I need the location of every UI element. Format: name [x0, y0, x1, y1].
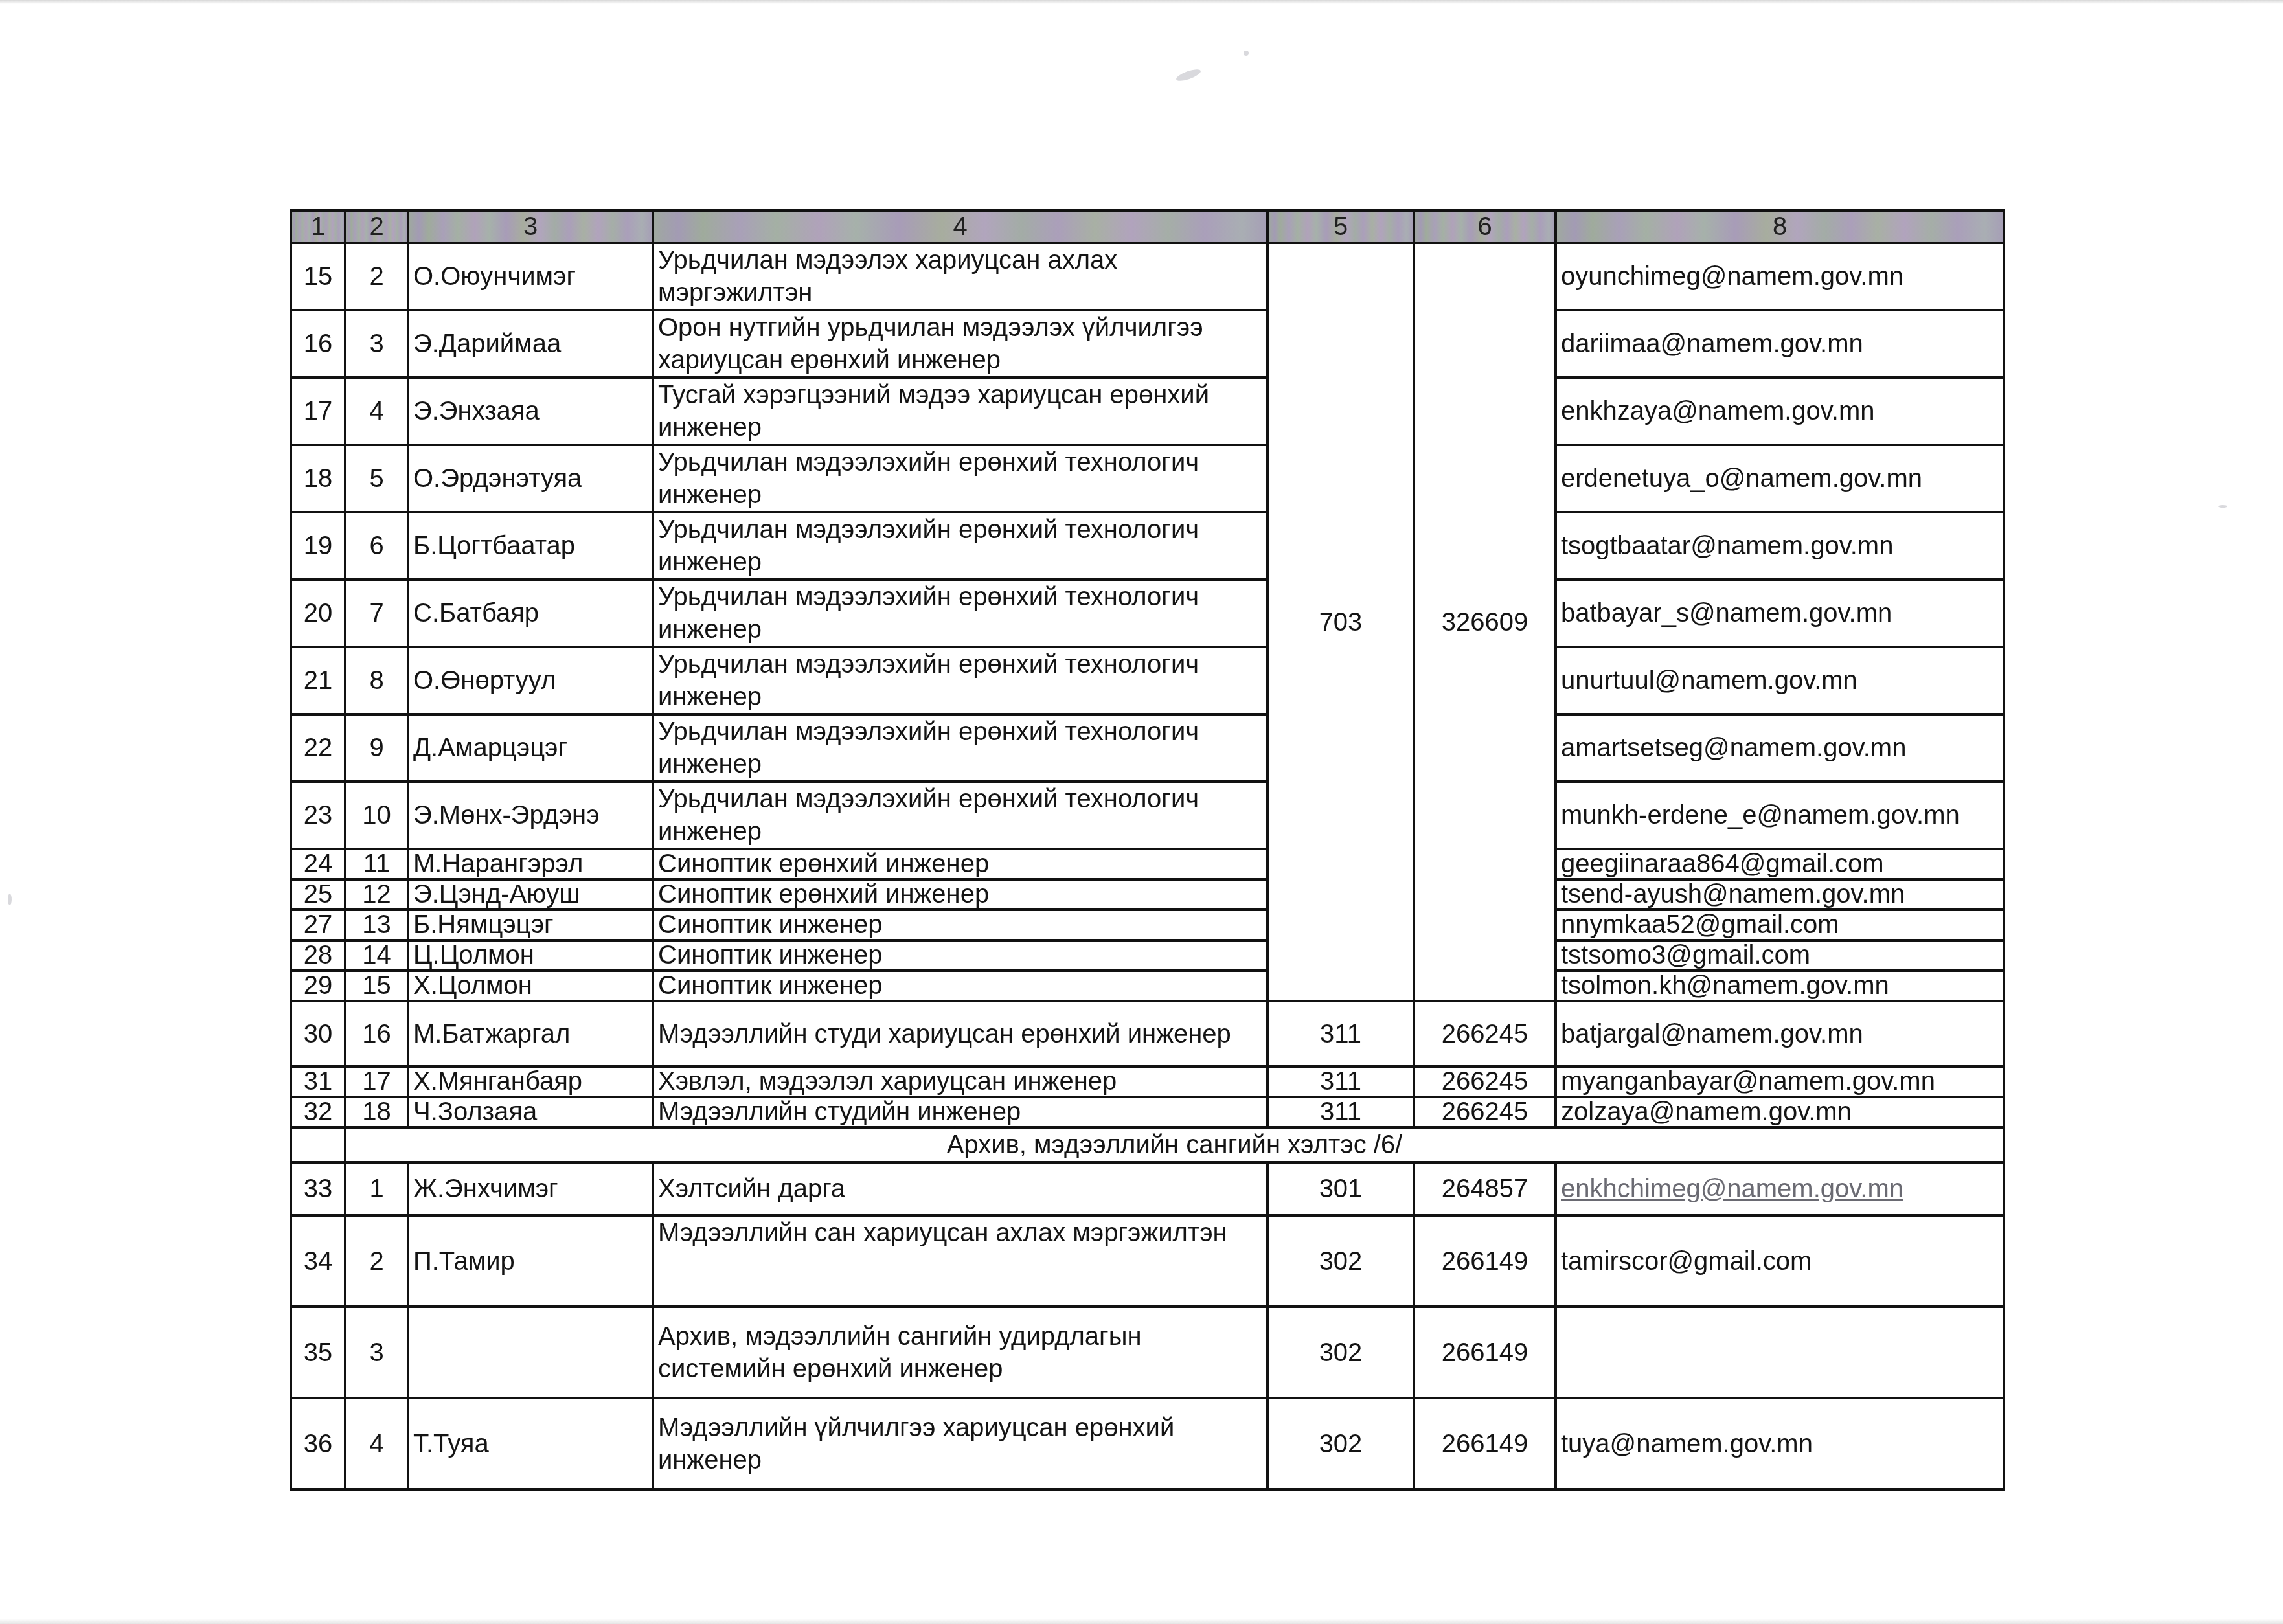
position-title: Синоптик инженер [653, 910, 1267, 940]
table-row: 2713Б.НямцэцэгСиноптик инженерnnymkaa52@… [291, 910, 2004, 940]
header-row: 1 2 3 4 5 6 8 [291, 210, 2004, 243]
position-title: Урьдчилан мэдээлэхийн ерөнхий технологич… [653, 714, 1267, 782]
employee-name: Б.Цогтбаатар [408, 512, 653, 580]
employee-name: О.Оюунчимэг [408, 243, 653, 310]
table-row: 2411М.НарангэрэлСиноптик ерөнхий инженер… [291, 849, 2004, 879]
sub-number: 10 [345, 782, 408, 849]
section-title: Архив, мэдээллийн сангийн хэлтэс /6/ [345, 1127, 2004, 1162]
email-address: erdenetuya_o@namem.gov.mn [1556, 445, 2004, 512]
email-address: tamirscor@gmail.com [1556, 1215, 2004, 1307]
employee-name: С.Батбаяр [408, 580, 653, 647]
sub-number: 4 [345, 378, 408, 445]
table-row: 3117Х.МянганбаярХэвлэл, мэдээлэл хариуцс… [291, 1066, 2004, 1097]
room-number: 311 [1267, 1097, 1414, 1127]
employee-name: Ч.Золзаяа [408, 1097, 653, 1127]
sub-number: 2 [345, 243, 408, 310]
sub-number: 6 [345, 512, 408, 580]
staff-directory-sheet: 1 2 3 4 5 6 8 152О.ОюунчимэгУрьдчилан мэ… [290, 209, 2003, 1491]
room-number: 302 [1267, 1215, 1414, 1307]
position-title: Синоптик ерөнхий инженер [653, 879, 1267, 910]
column-header: 6 [1414, 210, 1556, 243]
email-address: tstsomo3@gmail.com [1556, 940, 2004, 971]
email-address: tsogtbaatar@namem.gov.mn [1556, 512, 2004, 580]
position-title: Синоптик инженер [653, 971, 1267, 1001]
employee-name: Х.Мянганбаяр [408, 1066, 653, 1097]
table-row: 207С.БатбаярУрьдчилан мэдээлэхийн ерөнхи… [291, 580, 2004, 647]
email-address: amartsetseg@namem.gov.mn [1556, 714, 2004, 782]
position-title: Урьдчилан мэдээлэхийн ерөнхий технологич… [653, 445, 1267, 512]
scan-edge-top [0, 0, 2283, 4]
email-address: enkhzaya@namem.gov.mn [1556, 378, 2004, 445]
employee-name: М.Нарангэрэл [408, 849, 653, 879]
phone-number: 266245 [1414, 1001, 1556, 1066]
position-title: Урьдчилан мэдээлэхийн ерөнхий технологич… [653, 512, 1267, 580]
employee-name: П.Тамир [408, 1215, 653, 1307]
phone-number: 266149 [1414, 1307, 1556, 1398]
table-row: 2512Э.Цэнд-АюушСиноптик ерөнхий инженерt… [291, 879, 2004, 910]
sub-number: 2 [345, 1215, 408, 1307]
row-number: 30 [291, 1001, 345, 1066]
email-address: tsend-ayush@namem.gov.mn [1556, 879, 2004, 910]
table-row: 196Б.ЦогтбаатарУрьдчилан мэдээлэхийн ерө… [291, 512, 2004, 580]
row-number: 28 [291, 940, 345, 971]
employee-name: Д.Амарцэцэг [408, 714, 653, 782]
table-row: 331Ж.ЭнхчимэгХэлтсийн дарга301264857enkh… [291, 1162, 2004, 1215]
row-number: 32 [291, 1097, 345, 1127]
sub-number: 18 [345, 1097, 408, 1127]
column-header: 3 [408, 210, 653, 243]
room-number: 302 [1267, 1307, 1414, 1398]
scan-edge-bottom [0, 1619, 2283, 1624]
table-row: 364Т.ТуяаМэдээллийн үйлчилгээ хариуцсан … [291, 1398, 2004, 1489]
room-number-merged: 703 [1267, 243, 1414, 1001]
email-address: oyunchimeg@namem.gov.mn [1556, 243, 2004, 310]
employee-name: Т.Туяа [408, 1398, 653, 1489]
row-number: 18 [291, 445, 345, 512]
employee-name: Б.Нямцэцэг [408, 910, 653, 940]
email-address: tuya@namem.gov.mn [1556, 1398, 2004, 1489]
column-header: 2 [345, 210, 408, 243]
staff-table: 1 2 3 4 5 6 8 152О.ОюунчимэгУрьдчилан мэ… [290, 209, 2005, 1491]
row-number: 23 [291, 782, 345, 849]
employee-name: Х.Цолмон [408, 971, 653, 1001]
employee-name: О.Эрдэнэтуяа [408, 445, 653, 512]
email-cell: enkhchimeg@namem.gov.mn [1556, 1162, 2004, 1215]
position-title: Урьдчилан мэдээлэхийн ерөнхий технологич… [653, 580, 1267, 647]
position-title: Архив, мэдээллийн сангийн удирдлагын сис… [653, 1307, 1267, 1398]
sub-number: 11 [345, 849, 408, 879]
column-header: 1 [291, 210, 345, 243]
position-title: Мэдээллийн студийн инженер [653, 1097, 1267, 1127]
phone-number: 266245 [1414, 1066, 1556, 1097]
phone-number-merged: 326609 [1414, 243, 1556, 1001]
sub-number: 15 [345, 971, 408, 1001]
row-number: 15 [291, 243, 345, 310]
sub-number: 8 [345, 647, 408, 714]
column-header: 5 [1267, 210, 1414, 243]
position-title: Орон нутгийн урьдчилан мэдээлэх үйлчилгэ… [653, 310, 1267, 378]
table-row: 3016М.БатжаргалМэдээллийн студи хариуцса… [291, 1001, 2004, 1066]
section-header-row: Архив, мэдээллийн сангийн хэлтэс /6/ [291, 1127, 2004, 1162]
phone-number: 266149 [1414, 1215, 1556, 1307]
email-address: munkh-erdene_e@namem.gov.mn [1556, 782, 2004, 849]
employee-name: М.Батжаргал [408, 1001, 653, 1066]
sub-number: 13 [345, 910, 408, 940]
email-address: dariimaa@namem.gov.mn [1556, 310, 2004, 378]
scan-speck [2218, 505, 2227, 508]
row-number: 29 [291, 971, 345, 1001]
email-address: batbayar_s@namem.gov.mn [1556, 580, 2004, 647]
email-link[interactable]: enkhchimeg@namem.gov.mn [1561, 1175, 1903, 1203]
table-row: 174Э.ЭнхзаяаТусгай хэрэгцээний мэдээ хар… [291, 378, 2004, 445]
table-row: 342П.ТамирМэдээллийн сан хариуцсан ахлах… [291, 1215, 2004, 1307]
row-number: 16 [291, 310, 345, 378]
position-title: Урьдчилан мэдээлэхийн ерөнхий технологич… [653, 647, 1267, 714]
sub-number: 1 [345, 1162, 408, 1215]
row-number: 33 [291, 1162, 345, 1215]
employee-name: Ц.Цолмон [408, 940, 653, 971]
row-number: 24 [291, 849, 345, 879]
employee-name [408, 1307, 653, 1398]
phone-number: 266245 [1414, 1097, 1556, 1127]
email-address: nnymkaa52@gmail.com [1556, 910, 2004, 940]
position-title: Тусгай хэрэгцээний мэдээ хариуцсан ерөнх… [653, 378, 1267, 445]
sub-number: 7 [345, 580, 408, 647]
employee-name: Э.Дариймаа [408, 310, 653, 378]
sub-number: 3 [345, 310, 408, 378]
sub-number: 14 [345, 940, 408, 971]
row-number: 22 [291, 714, 345, 782]
row-number: 20 [291, 580, 345, 647]
table-row: 2310Э.Мөнх-ЭрдэнэУрьдчилан мэдээлэхийн е… [291, 782, 2004, 849]
position-title: Урьдчилан мэдээлэхийн ерөнхий технологич… [653, 782, 1267, 849]
scan-speck [1175, 67, 1202, 84]
table-row: 3218Ч.ЗолзаяаМэдээллийн студийн инженер3… [291, 1097, 2004, 1127]
row-number: 21 [291, 647, 345, 714]
table-row: 218О.ӨнөртуулУрьдчилан мэдээлэхийн ерөнх… [291, 647, 2004, 714]
employee-name: О.Өнөртуул [408, 647, 653, 714]
row-number: 34 [291, 1215, 345, 1307]
table-row: 185О.ЭрдэнэтуяаУрьдчилан мэдээлэхийн ерө… [291, 445, 2004, 512]
room-number: 302 [1267, 1398, 1414, 1489]
email-address: unurtuul@namem.gov.mn [1556, 647, 2004, 714]
sub-number: 17 [345, 1066, 408, 1097]
employee-name: Ж.Энхчимэг [408, 1162, 653, 1215]
position-title: Мэдээллийн үйлчилгээ хариуцсан ерөнхий и… [653, 1398, 1267, 1489]
table-row: 229Д.АмарцэцэгУрьдчилан мэдээлэхийн ерөн… [291, 714, 2004, 782]
position-title: Хэлтсийн дарга [653, 1162, 1267, 1215]
sub-number: 16 [345, 1001, 408, 1066]
row-number: 19 [291, 512, 345, 580]
phone-number: 264857 [1414, 1162, 1556, 1215]
phone-number: 266149 [1414, 1398, 1556, 1489]
sub-number: 4 [345, 1398, 408, 1489]
column-header: 4 [653, 210, 1267, 243]
sub-number: 3 [345, 1307, 408, 1398]
position-title: Мэдээллийн сан хариуцсан ахлах мэргэжилт… [653, 1215, 1267, 1307]
row-number: 27 [291, 910, 345, 940]
position-title: Мэдээллийн студи хариуцсан ерөнхий инжен… [653, 1001, 1267, 1066]
scan-speck [1244, 51, 1249, 56]
email-address: zolzaya@namem.gov.mn [1556, 1097, 2004, 1127]
sub-number: 9 [345, 714, 408, 782]
position-title: Синоптик ерөнхий инженер [653, 849, 1267, 879]
position-title: Синоптик инженер [653, 940, 1267, 971]
email-address: batjargal@namem.gov.mn [1556, 1001, 2004, 1066]
room-number: 301 [1267, 1162, 1414, 1215]
table-row: 152О.ОюунчимэгУрьдчилан мэдээлэх хариуцс… [291, 243, 2004, 310]
scan-speck [8, 894, 12, 905]
position-title: Хэвлэл, мэдээлэл хариуцсан инженер [653, 1066, 1267, 1097]
table-row: 2915Х.ЦолмонСиноптик инженерtsolmon.kh@n… [291, 971, 2004, 1001]
table-row: 163Э.ДариймааОрон нутгийн урьдчилан мэдэ… [291, 310, 2004, 378]
email-address: geegiinaraa864@gmail.com [1556, 849, 2004, 879]
employee-name: Э.Цэнд-Аюуш [408, 879, 653, 910]
room-number: 311 [1267, 1066, 1414, 1097]
row-number: 25 [291, 879, 345, 910]
room-number: 311 [1267, 1001, 1414, 1066]
row-number: 36 [291, 1398, 345, 1489]
employee-name: Э.Мөнх-Эрдэнэ [408, 782, 653, 849]
table-row: 2814Ц.ЦолмонСиноптик инженерtstsomo3@gma… [291, 940, 2004, 971]
email-address: tsolmon.kh@namem.gov.mn [1556, 971, 2004, 1001]
row-number: 17 [291, 378, 345, 445]
section-empty-cell [291, 1127, 345, 1162]
column-header: 8 [1556, 210, 2004, 243]
position-title: Урьдчилан мэдээлэх хариуцсан ахлах мэргэ… [653, 243, 1267, 310]
table-row: 353Архив, мэдээллийн сангийн удирдлагын … [291, 1307, 2004, 1398]
email-address [1556, 1307, 2004, 1398]
sub-number: 12 [345, 879, 408, 910]
row-number: 35 [291, 1307, 345, 1398]
email-address: myanganbayar@namem.gov.mn [1556, 1066, 2004, 1097]
table-body: 152О.ОюунчимэгУрьдчилан мэдээлэх хариуцс… [291, 243, 2004, 1489]
employee-name: Э.Энхзаяа [408, 378, 653, 445]
row-number: 31 [291, 1066, 345, 1097]
sub-number: 5 [345, 445, 408, 512]
